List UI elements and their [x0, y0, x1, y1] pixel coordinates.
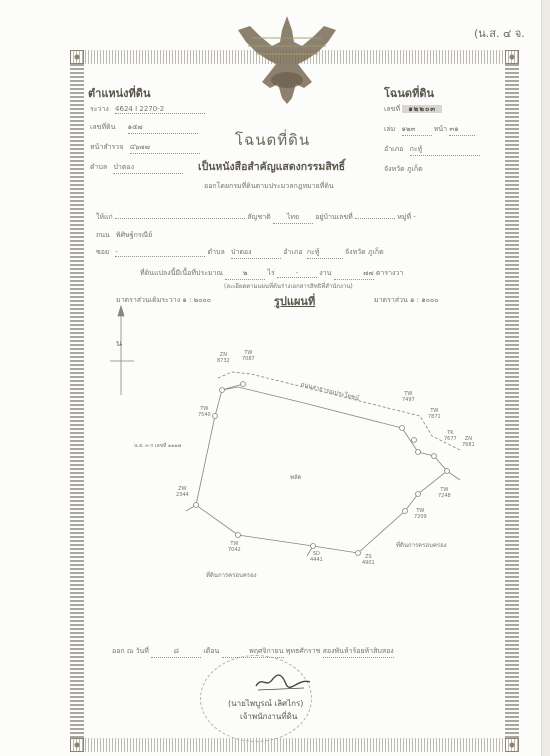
area-rai-value: ๒ — [225, 268, 265, 280]
north-label: น — [116, 336, 122, 350]
owner-amphoe-value: กะทู้ — [307, 247, 343, 259]
adjacent-note: น.ส. ๓ ก เลขที่ ๑๑๑๗ — [134, 442, 181, 450]
issue-year: สองพันห้าร้อยห้าสิบสอง — [323, 646, 394, 658]
nationality-value: ไทย — [273, 212, 313, 224]
moo-value: - — [413, 213, 416, 221]
signer-name: (นายไพบูรณ์ เลิศไกร) — [228, 697, 303, 710]
garuda-emblem-icon — [232, 12, 342, 112]
marker-label: ZS4901 — [362, 554, 375, 566]
issued-by-line: ออกโดยกรมที่ดินตามประมวลกฎหมายที่ดิน — [204, 181, 334, 192]
marker-label: SD4441 — [310, 551, 323, 563]
province-row: จังหวัด ภูเก็ต — [384, 164, 423, 175]
volume-value: ๑๒๓ — [402, 124, 432, 136]
area-row: ที่ดินแปลงนี้มีเนื้อที่ประมาณ ๒ ไร่ - งา… — [140, 268, 403, 280]
volume-page-row: เล่ม ๑๒๓ หน้า ๓๑ — [384, 124, 475, 136]
road-row: ถนน พิศิษฐ์กรณีย์ — [96, 230, 152, 241]
marker-label: TW7209 — [414, 508, 427, 520]
tambon-row: ตำบล ป่าตอง — [90, 162, 183, 174]
marker-label: TW7248 — [438, 487, 451, 499]
owner-tambon-value: ป่าตอง — [231, 247, 281, 259]
owner-row: ให้แก่ สัญชาติ ไทย อยู่บ้านเลขที่ หมู่ที… — [96, 212, 506, 224]
amphoe-row: อำเภอ กะทู้ — [384, 144, 480, 156]
deed-heading: โฉนดที่ดิน — [384, 84, 434, 102]
land-location-heading: ตำแหน่งที่ดิน — [88, 84, 150, 102]
corner-ornament-icon — [505, 738, 519, 752]
marker-label: ZN8732 — [217, 352, 230, 364]
marker-label: TW7871 — [428, 408, 441, 420]
marker-label: TW7497 — [402, 391, 415, 403]
marker-label: TK7677 — [444, 430, 457, 442]
soi-value: - — [115, 248, 205, 257]
scan-edge — [541, 0, 550, 756]
survey-page-value: ๔๖๗๗ — [130, 142, 200, 154]
adjacent-land-right: ที่ดินการครอบครอง — [396, 540, 447, 550]
parcel-number-row: เลขที่ดิน ๑๕๗ — [90, 122, 198, 134]
marker-label: ZN7681 — [462, 436, 475, 448]
corner-ornament-icon — [70, 738, 84, 752]
parcel-map — [80, 300, 510, 600]
deed-number-value: ๑๒๒๐๓ — [402, 105, 442, 113]
issue-day: ๘ — [151, 646, 201, 658]
parcel-number-value: ๑๕๗ — [128, 122, 198, 134]
survey-page-row: หน้าสำรวจ ๔๖๗๗ — [90, 142, 200, 154]
document-title: โฉนดที่ดิน — [235, 128, 310, 152]
decorative-border-bottom — [70, 738, 520, 752]
land-title-deed: (น.ส. ๔ จ. ตำแหน่งที่ดิน ระวาง 4624 I 22… — [0, 0, 550, 756]
marker-label: TW7042 — [228, 541, 241, 553]
soi-row: ซอย - ตำบล ป่าตอง อำเภอ กะทู้ จังหวัด ภู… — [96, 247, 516, 259]
amphoe-value: กะทู้ — [410, 144, 480, 156]
page-value: ๓๑ — [449, 124, 475, 136]
adjacent-land-left: ที่ดินการครอบครอง — [206, 570, 257, 580]
province-value: ภูเก็ต — [407, 165, 423, 173]
area-note: (ละเอียดตามแผนที่ต้นร่างเอกสารสิทธิที่สำ… — [224, 281, 353, 291]
marker-label: ZW2344 — [176, 486, 189, 498]
owner-province-value: ภูเก็ต — [368, 248, 384, 256]
deed-number-row: เลขที่ ๑๒๒๐๓ — [384, 104, 442, 115]
issue-date-row: ออก ณ วันที่ ๘ เดือน พฤศจิกายน พุทธศักรา… — [112, 646, 502, 658]
area-wa-value: ๗๗ — [334, 268, 374, 280]
form-code: (น.ส. ๔ จ. — [474, 24, 525, 42]
map-sheet-row: ระวาง 4624 I 2270-2 — [90, 104, 205, 115]
corner-ornament-icon — [505, 50, 519, 64]
map-sheet-value: 4624 I 2270-2 — [115, 105, 205, 114]
parcel-label: พลัด — [290, 472, 302, 482]
area-ngan-value: - — [277, 269, 317, 278]
marker-label: TW7087 — [242, 350, 255, 362]
document-subtitle: เป็นหนังสือสำคัญแสดงกรรมสิทธิ์ — [198, 158, 345, 175]
road-value: พิศิษฐ์กรณีย์ — [116, 231, 152, 239]
signature-icon — [254, 672, 314, 692]
marker-label: TW7540 — [198, 406, 211, 418]
tambon-value: ป่าตอง — [113, 162, 183, 174]
signer-title: เจ้าพนักงานที่ดิน — [240, 710, 297, 723]
corner-ornament-icon — [70, 50, 84, 64]
